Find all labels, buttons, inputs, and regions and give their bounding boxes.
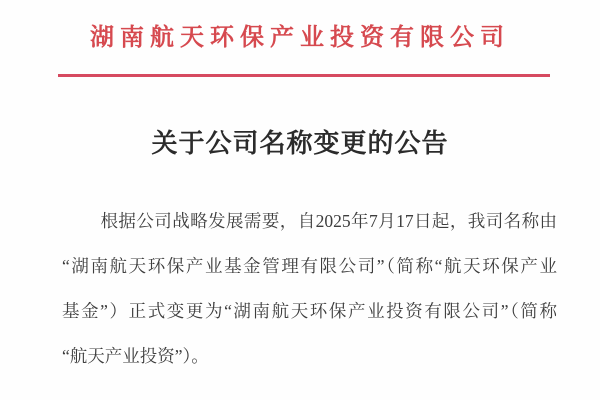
- announcement-body: 根据公司战略发展需要，自2025年7月17日起，我司名称由 “湖南航天环保产业基…: [62, 199, 557, 379]
- document-page: 湖南航天环保产业投资有限公司 关于公司名称变更的公告 根据公司战略发展需要，自2…: [0, 0, 600, 400]
- body-line-2: “湖南航天环保产业基金管理有限公司”（简称“航天环保产业: [62, 244, 557, 289]
- body-line-4: “航天产业投资”）。: [62, 334, 557, 379]
- body-line-3: 基金”）正式变更为“湖南航天环保产业投资有限公司”（简称: [62, 289, 557, 334]
- body-line-1: 根据公司战略发展需要，自2025年7月17日起，我司名称由: [62, 199, 557, 244]
- letterhead-divider: [58, 74, 550, 77]
- company-letterhead-title: 湖南航天环保产业投资有限公司: [0, 0, 600, 50]
- announcement-heading: 关于公司名称变更的公告: [0, 131, 600, 157]
